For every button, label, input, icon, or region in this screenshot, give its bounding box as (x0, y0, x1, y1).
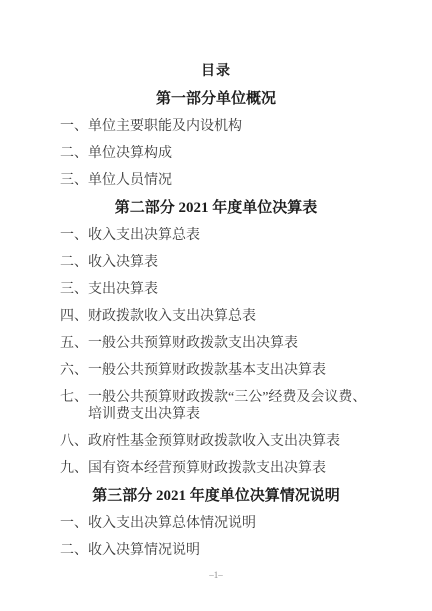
section-heading-part1: 第一部分单位概况 (36, 90, 396, 108)
toc-page: 目录 第一部分单位概况 一、单位主要职能及内设机构 二、单位决算构成 三、单位人… (0, 0, 432, 611)
toc-item: 一、收入支出决算总体情况说明 (36, 515, 376, 532)
section-heading-part3: 第三部分 2021 年度单位决算情况说明 (36, 487, 396, 505)
toc-item: 一、单位主要职能及内设机构 (36, 118, 376, 135)
toc-item: 一、收入支出决算总表 (36, 227, 376, 244)
section-heading-part2: 第二部分 2021 年度单位决算表 (36, 199, 396, 217)
toc-item: 七、一般公共预算财政拨款“三公”经费及会议费、培训费支出决算表 (36, 389, 376, 423)
toc-item: 二、收入决算表 (36, 254, 376, 271)
toc-item: 三、支出决算表 (36, 281, 376, 298)
toc-item: 九、国有资本经营预算财政拨款支出决算表 (36, 460, 376, 477)
toc-item: 五、一般公共预算财政拨款支出决算表 (36, 335, 376, 352)
toc-item: 四、财政拨款收入支出决算总表 (36, 308, 376, 325)
toc-title: 目录 (36, 63, 396, 80)
page-number: –1– (0, 570, 432, 581)
toc-item: 六、一般公共预算财政拨款基本支出决算表 (36, 362, 376, 379)
toc-item: 八、政府性基金预算财政拨款收入支出决算表 (36, 433, 376, 450)
toc-item: 三、单位人员情况 (36, 172, 376, 189)
toc-item: 二、单位决算构成 (36, 145, 376, 162)
toc-item: 二、收入决算情况说明 (36, 542, 376, 559)
